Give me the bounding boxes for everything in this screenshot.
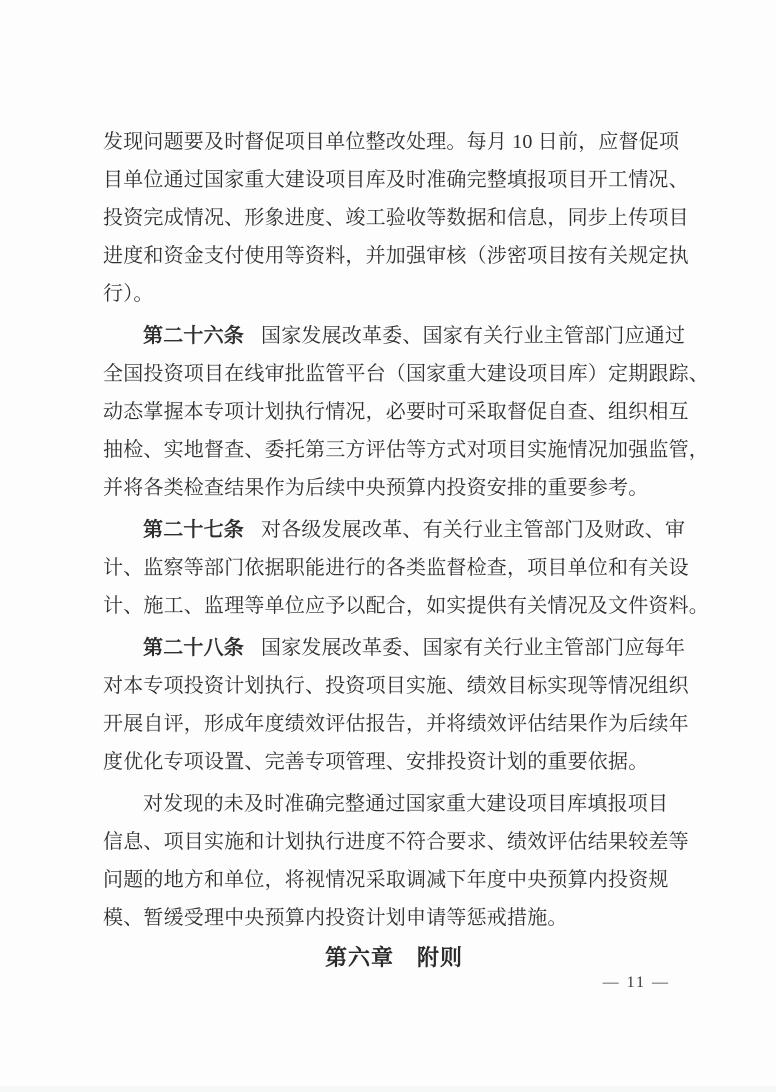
article-number: 第二十六条	[143, 325, 244, 347]
article-text: 对各级发展改革、有关行业主管部门及财政、审	[261, 519, 685, 541]
text-line: 进度和资金支付使用等资料，并加强审核（涉密项目按有关规定执	[103, 237, 685, 275]
body-paragraph: 第二十七条对各级发展改革、有关行业主管部门及财政、审 计、监察等部门依据职能进行…	[103, 511, 685, 625]
body-paragraph: 发现问题要及时督促项目单位整改处理。每月 10 日前，应督促项 目单位通过国家重…	[103, 123, 685, 313]
article-text: 国家发展改革委、国家有关行业主管部门应通过	[261, 325, 685, 347]
text-line: 第二十八条国家发展改革委、国家有关行业主管部门应每年	[103, 629, 685, 667]
text-line: 目单位通过国家重大建设项目库及时准确完整填报项目开工情况、	[103, 161, 685, 199]
body-paragraph: 第二十八条国家发展改革委、国家有关行业主管部门应每年 对本专项投资计划执行、投资…	[103, 629, 685, 781]
chapter-heading: 第六章 附则	[103, 939, 685, 977]
text-line: 信息、项目实施和计划执行进度不符合要求、绩效评估结果较差等	[103, 823, 685, 861]
text-line: 对本专项投资计划执行、投资项目实施、绩效目标实现等情况组织	[103, 667, 685, 705]
page-number: — 11 —	[603, 974, 670, 992]
text-line: 计、监察等部门依据职能进行的各类监督检查，项目单位和有关设	[103, 549, 685, 587]
document-page: 发现问题要及时督促项目单位整改处理。每月 10 日前，应督促项 目单位通过国家重…	[0, 0, 776, 1092]
text-line: 对发现的未及时准确完整通过国家重大建设项目库填报项目	[103, 785, 685, 823]
text-line: 第二十七条对各级发展改革、有关行业主管部门及财政、审	[103, 511, 685, 549]
text-line: 全国投资项目在线审批监管平台（国家重大建设项目库）定期跟踪、	[103, 355, 685, 393]
article-text: 国家发展改革委、国家有关行业主管部门应每年	[261, 637, 685, 659]
text-line: 度优化专项设置、完善专项管理、安排投资计划的重要依据。	[103, 743, 685, 781]
text-line: 动态掌握本专项计划执行情况，必要时可采取督促自查、组织相互	[103, 393, 685, 431]
text-line: 抽检、实地督查、委托第三方评估等方式对项目实施情况加强监管，	[103, 431, 685, 469]
text-line: 并将各类检查结果作为后续中央预算内投资安排的重要参考。	[103, 469, 685, 507]
text-line: 开展自评，形成年度绩效评估报告，并将绩效评估结果作为后续年	[103, 705, 685, 743]
text-line: 发现问题要及时督促项目单位整改处理。每月 10 日前，应督促项	[103, 123, 685, 161]
article-number: 第二十八条	[143, 637, 244, 659]
body-paragraph: 对发现的未及时准确完整通过国家重大建设项目库填报项目 信息、项目实施和计划执行进…	[103, 785, 685, 937]
body-paragraph: 第二十六条国家发展改革委、国家有关行业主管部门应通过 全国投资项目在线审批监管平…	[103, 317, 685, 507]
text-line: 第二十六条国家发展改革委、国家有关行业主管部门应通过	[103, 317, 685, 355]
text-line: 计、施工、监理等单位应予以配合，如实提供有关情况及文件资料。	[103, 587, 685, 625]
document-body: 发现问题要及时督促项目单位整改处理。每月 10 日前，应督促项 目单位通过国家重…	[103, 123, 685, 977]
text-line: 投资完成情况、形象进度、竣工验收等数据和信息，同步上传项目	[103, 199, 685, 237]
scan-edge	[0, 1086, 776, 1092]
text-line: 模、暂缓受理中央预算内投资计划申请等惩戒措施。	[103, 899, 685, 937]
text-line: 行）。	[103, 275, 685, 313]
article-number: 第二十七条	[143, 519, 244, 541]
text-line: 问题的地方和单位，将视情况采取调减下年度中央预算内投资规	[103, 861, 685, 899]
